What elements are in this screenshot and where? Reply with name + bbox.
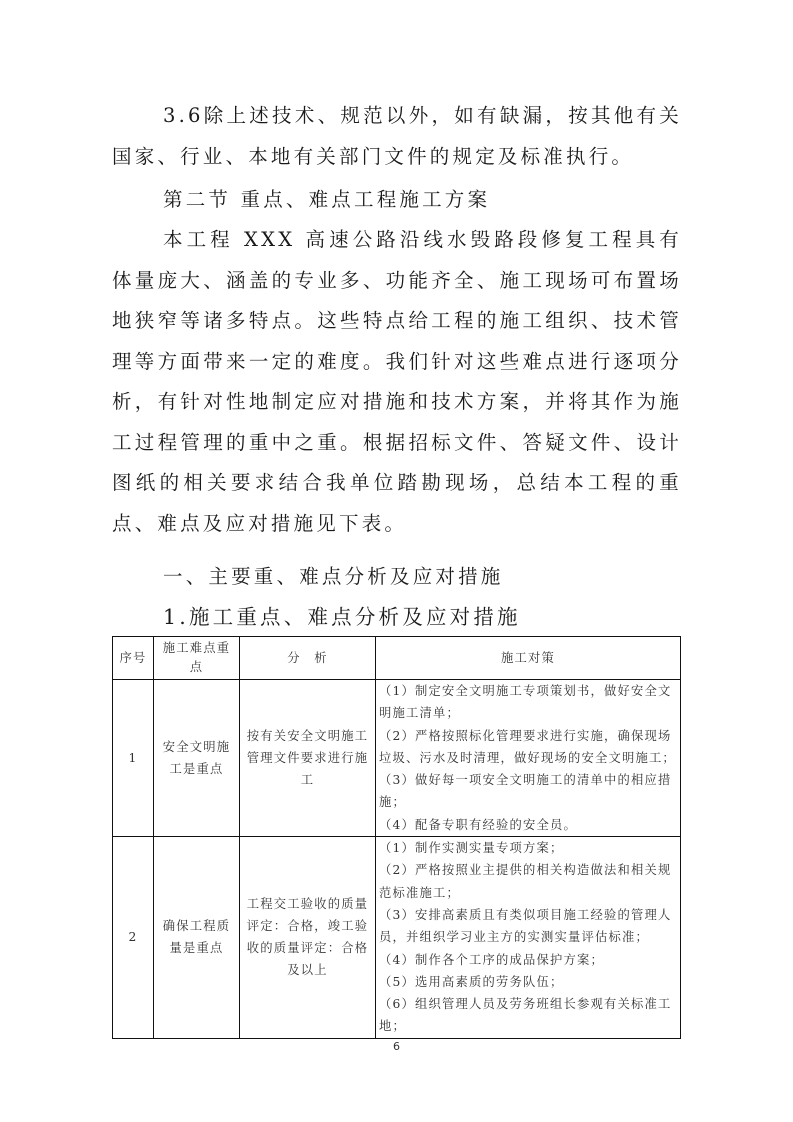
paragraph-3-6: 3.6除上述技术、规范以外，如有缺漏，按其他有关国家、行业、本地有关部门文件的规… — [112, 96, 682, 177]
key-points-table: 序号 施工难点重点 分 析 施工对策 1 安全文明施工是重点 按有关安全文明施工… — [112, 636, 681, 1039]
table-row: 1 安全文明施工是重点 按有关安全文明施工管理文件要求进行施工 （1）制定安全文… — [113, 680, 681, 837]
measure-item: （6）组织管理人员及劳务班组长参观有关标准工地； — [379, 993, 677, 1038]
row-analysis: 工程交工验收的质量评定：合格，竣工验收的质量评定：合格及以上 — [240, 837, 376, 1039]
header-no: 序号 — [113, 637, 154, 680]
table-row: 2 确保工程质量是重点 工程交工验收的质量评定：合格，竣工验收的质量评定：合格及… — [113, 837, 681, 1039]
measure-item: （4）配备专职有经验的安全员。 — [379, 814, 677, 836]
row-no: 2 — [113, 837, 154, 1039]
table-header-row: 序号 施工难点重点 分 析 施工对策 — [113, 637, 681, 680]
page-number: 6 — [0, 1040, 793, 1053]
subheading-main-points: 一、主要重、难点分析及应对措施 — [163, 557, 504, 597]
intro-paragraph: 本工程 XXX 高速公路沿线水毁路段修复工程具有体量庞大、涵盖的专业多、功能齐全… — [112, 220, 682, 544]
row-no: 1 — [113, 680, 154, 837]
row-key-point: 安全文明施工是重点 — [154, 680, 240, 837]
measure-item: （2）严格按照业主提供的相关构造做法和相关规范标准施工； — [379, 859, 677, 904]
measure-item: （3）安排高素质且有类似项目施工经验的管理人员，并组织学习业主方的实测实量评估标… — [379, 904, 677, 949]
section-heading: 第二节 重点、难点工程施工方案 — [163, 180, 490, 220]
row-measures: （1）制作实测实量专项方案； （2）严格按照业主提供的相关构造做法和相关规范标准… — [376, 837, 681, 1039]
header-measures: 施工对策 — [376, 637, 681, 680]
measure-item: （1）制定安全文明施工专项策划书，做好安全文明施工清单； — [379, 680, 677, 725]
measure-item: （3）做好每一项安全文明施工的清单中的相应措施； — [379, 769, 677, 814]
measure-item: （4）制作各个工序的成品保护方案； — [379, 949, 677, 971]
row-key-point: 确保工程质量是重点 — [154, 837, 240, 1039]
measure-item: （2）严格按照标化管理要求进行实施，确保现场垃圾、污水及时清理，做好现场的安全文… — [379, 725, 677, 770]
measure-item: （1）制作实测实量专项方案； — [379, 837, 677, 859]
subheading-analysis: 1.施工重点、难点分析及应对措施 — [163, 597, 521, 637]
header-analysis: 分 析 — [240, 637, 376, 680]
measure-item: （5）选用高素质的劳务队伍； — [379, 971, 677, 993]
header-key-point: 施工难点重点 — [154, 637, 240, 680]
row-measures: （1）制定安全文明施工专项策划书，做好安全文明施工清单； （2）严格按照标化管理… — [376, 680, 681, 837]
row-analysis: 按有关安全文明施工管理文件要求进行施工 — [240, 680, 376, 837]
